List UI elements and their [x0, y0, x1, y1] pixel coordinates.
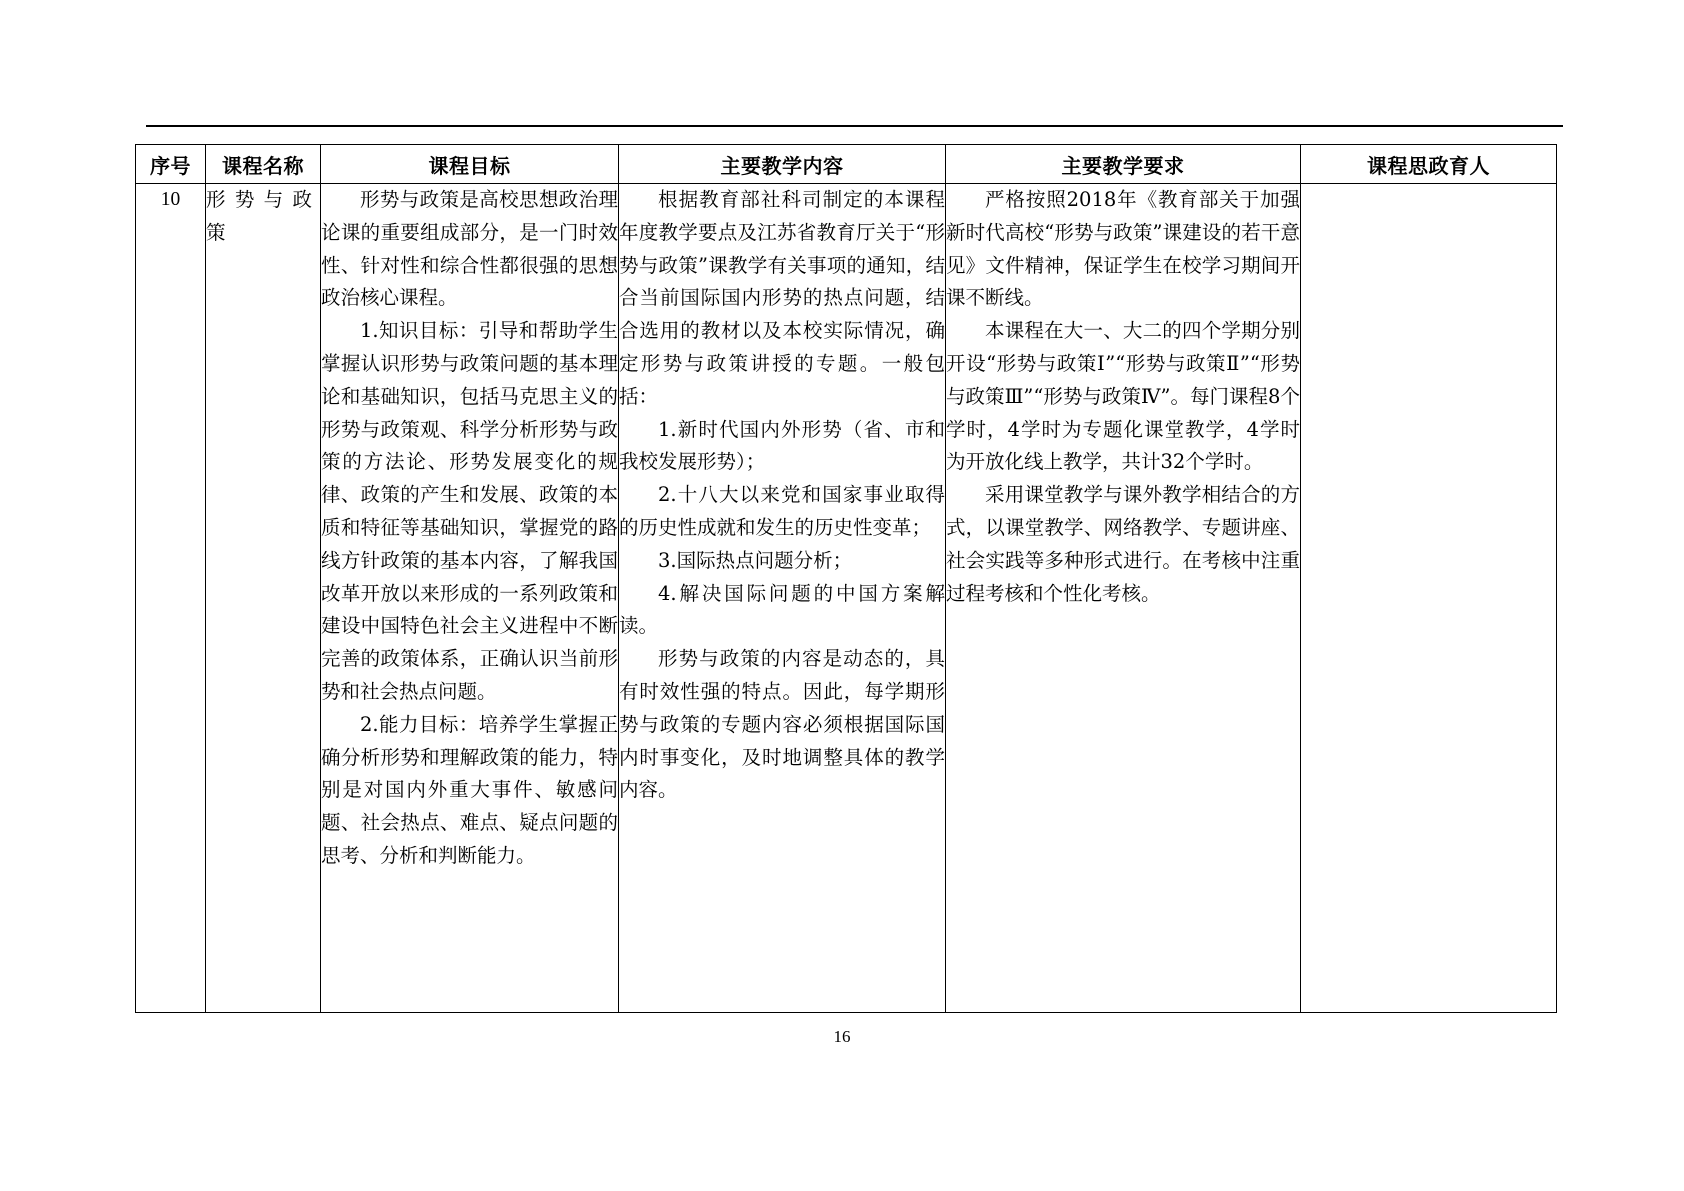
goal-paragraph: 形势与政策是高校思想政治理论课的重要组成部分，是一门时效性、针对性和综合性都很强…	[321, 184, 618, 315]
goal-paragraph: 2.能力目标：培养学生掌握正确分析形势和理解政策的能力，特别是对国内外重大事件、…	[321, 709, 618, 873]
content-paragraph: 根据教育部社科司制定的本课程年度教学要点及江苏省教育厅关于“形势与政策”课教学有…	[619, 184, 945, 414]
cell-course-goal: 形势与政策是高校思想政治理论课的重要组成部分，是一门时效性、针对性和综合性都很强…	[321, 184, 619, 1013]
table-header-row: 序号 课程名称 课程目标 主要教学内容 主要教学要求 课程思政育人	[136, 145, 1557, 184]
course-name: 形势与政策	[206, 184, 320, 250]
table-row: 10 形势与政策 形势与政策是高校思想政治理论课的重要组成部分，是一门时效性、针…	[136, 184, 1557, 1013]
cell-teaching-content: 根据教育部社科司制定的本课程年度教学要点及江苏省教育厅关于“形势与政策”课教学有…	[619, 184, 946, 1013]
content-paragraph: 3.国际热点问题分析；	[619, 545, 945, 578]
goal-paragraph: 1.知识目标：引导和帮助学生掌握认识形势与政策问题的基本理论和基础知识，包括马克…	[321, 315, 618, 709]
seq-value: 10	[161, 189, 181, 210]
header-course-goal: 课程目标	[321, 145, 619, 184]
header-ideological-education: 课程思政育人	[1301, 145, 1557, 184]
page-number: 16	[0, 1027, 1684, 1047]
header-teaching-content: 主要教学内容	[619, 145, 946, 184]
header-seq: 序号	[136, 145, 206, 184]
header-rule	[146, 125, 1563, 127]
cell-course-name: 形势与政策	[206, 184, 321, 1013]
header-teaching-requirement: 主要教学要求	[946, 145, 1301, 184]
header-course-name: 课程名称	[206, 145, 321, 184]
cell-ideological-education	[1301, 184, 1557, 1013]
requirement-paragraph: 采用课堂教学与课外教学相结合的方式，以课堂教学、网络教学、专题讲座、社会实践等多…	[946, 479, 1300, 610]
course-table: 序号 课程名称 课程目标 主要教学内容 主要教学要求 课程思政育人 10 形势与…	[135, 144, 1557, 1013]
cell-seq: 10	[136, 184, 206, 1013]
requirement-paragraph: 本课程在大一、大二的四个学期分别开设“形势与政策Ⅰ”“形势与政策Ⅱ”“形势与政策…	[946, 315, 1300, 479]
requirement-paragraph: 严格按照2018年《教育部关于加强新时代高校“形势与政策”课建设的若干意见》文件…	[946, 184, 1300, 315]
content-paragraph: 4.解决国际问题的中国方案解读。	[619, 578, 945, 644]
content-paragraph: 1.新时代国内外形势（省、市和我校发展形势）；	[619, 414, 945, 480]
content-paragraph: 形势与政策的内容是动态的，具有时效性强的特点。因此，每学期形势与政策的专题内容必…	[619, 643, 945, 807]
content-paragraph: 2.十八大以来党和国家事业取得的历史性成就和发生的历史性变革；	[619, 479, 945, 545]
cell-teaching-requirement: 严格按照2018年《教育部关于加强新时代高校“形势与政策”课建设的若干意见》文件…	[946, 184, 1301, 1013]
